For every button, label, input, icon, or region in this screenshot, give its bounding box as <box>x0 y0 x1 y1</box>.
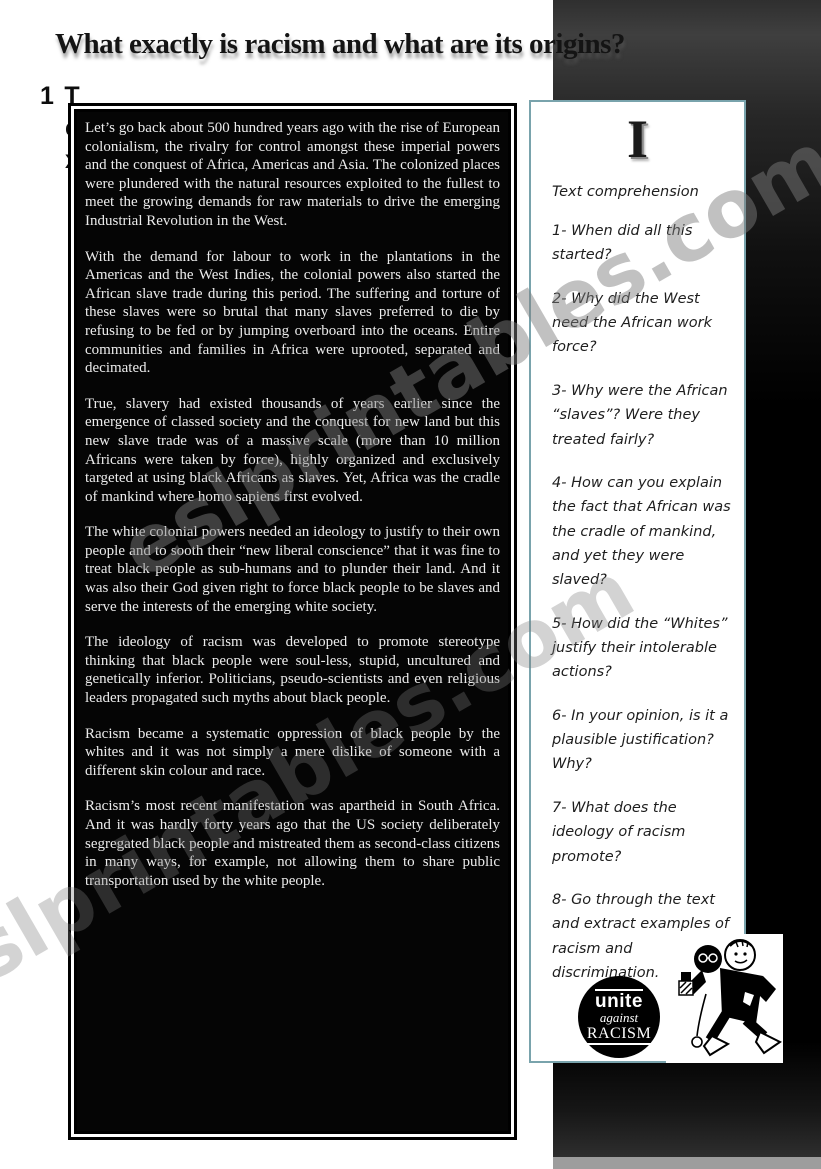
figures-carrying-icon <box>666 934 783 1063</box>
comprehension-heading: Text comprehension <box>552 184 732 200</box>
question-item: 3- Why were the African “slaves”? Were t… <box>552 379 731 452</box>
essay-paragraph: Racism became a systematic oppression of… <box>85 725 500 781</box>
text1-essay-box: Let’s go back about 500 hundred years ag… <box>68 103 517 1140</box>
question-list: 1- When did all this started?2- Why did … <box>531 219 744 985</box>
question-item: 2- Why did the West need the African wor… <box>552 287 731 360</box>
essay-paragraph: True, slavery had existed thousands of y… <box>85 395 500 507</box>
anti-racism-illustration <box>666 934 783 1063</box>
question-item: 1- When did all this started? <box>552 219 731 268</box>
worksheet-page: What exactly is racism and what are its … <box>0 0 821 1169</box>
page-title: What exactly is racism and what are its … <box>55 28 545 61</box>
question-item: 4- How can you explain the fact that Afr… <box>552 471 731 593</box>
badge-unite-label: unite <box>595 989 643 1011</box>
essay-paragraph: The ideology of racism was developed to … <box>85 633 500 707</box>
question-item: 6- In your opinion, is it a plausible ju… <box>552 704 731 777</box>
badge-against-label: against <box>600 1011 638 1025</box>
question-item: 5- How did the “Whites” justify their in… <box>552 612 731 685</box>
comprehension-panel: I Text comprehension 1- When did all thi… <box>529 100 746 1063</box>
dark-background-footer-strip <box>553 1157 821 1169</box>
question-item: 7- What does the ideology of racism prom… <box>552 796 731 869</box>
essay-paragraph: The white colonial powers needed an ideo… <box>85 523 500 616</box>
essay-paragraph: Racism’s most recent manifestation was a… <box>85 797 500 890</box>
unite-against-racism-badge: unite against RACISM <box>578 976 660 1058</box>
text1-body: Let’s go back about 500 hundred years ag… <box>77 112 508 1131</box>
essay-paragraph: Let’s go back about 500 hundred years ag… <box>85 119 500 231</box>
essay-paragraph: With the demand for labour to work in th… <box>85 248 500 378</box>
section-numeral: I <box>531 112 744 166</box>
badge-racism-label: RACISM <box>587 1025 651 1045</box>
